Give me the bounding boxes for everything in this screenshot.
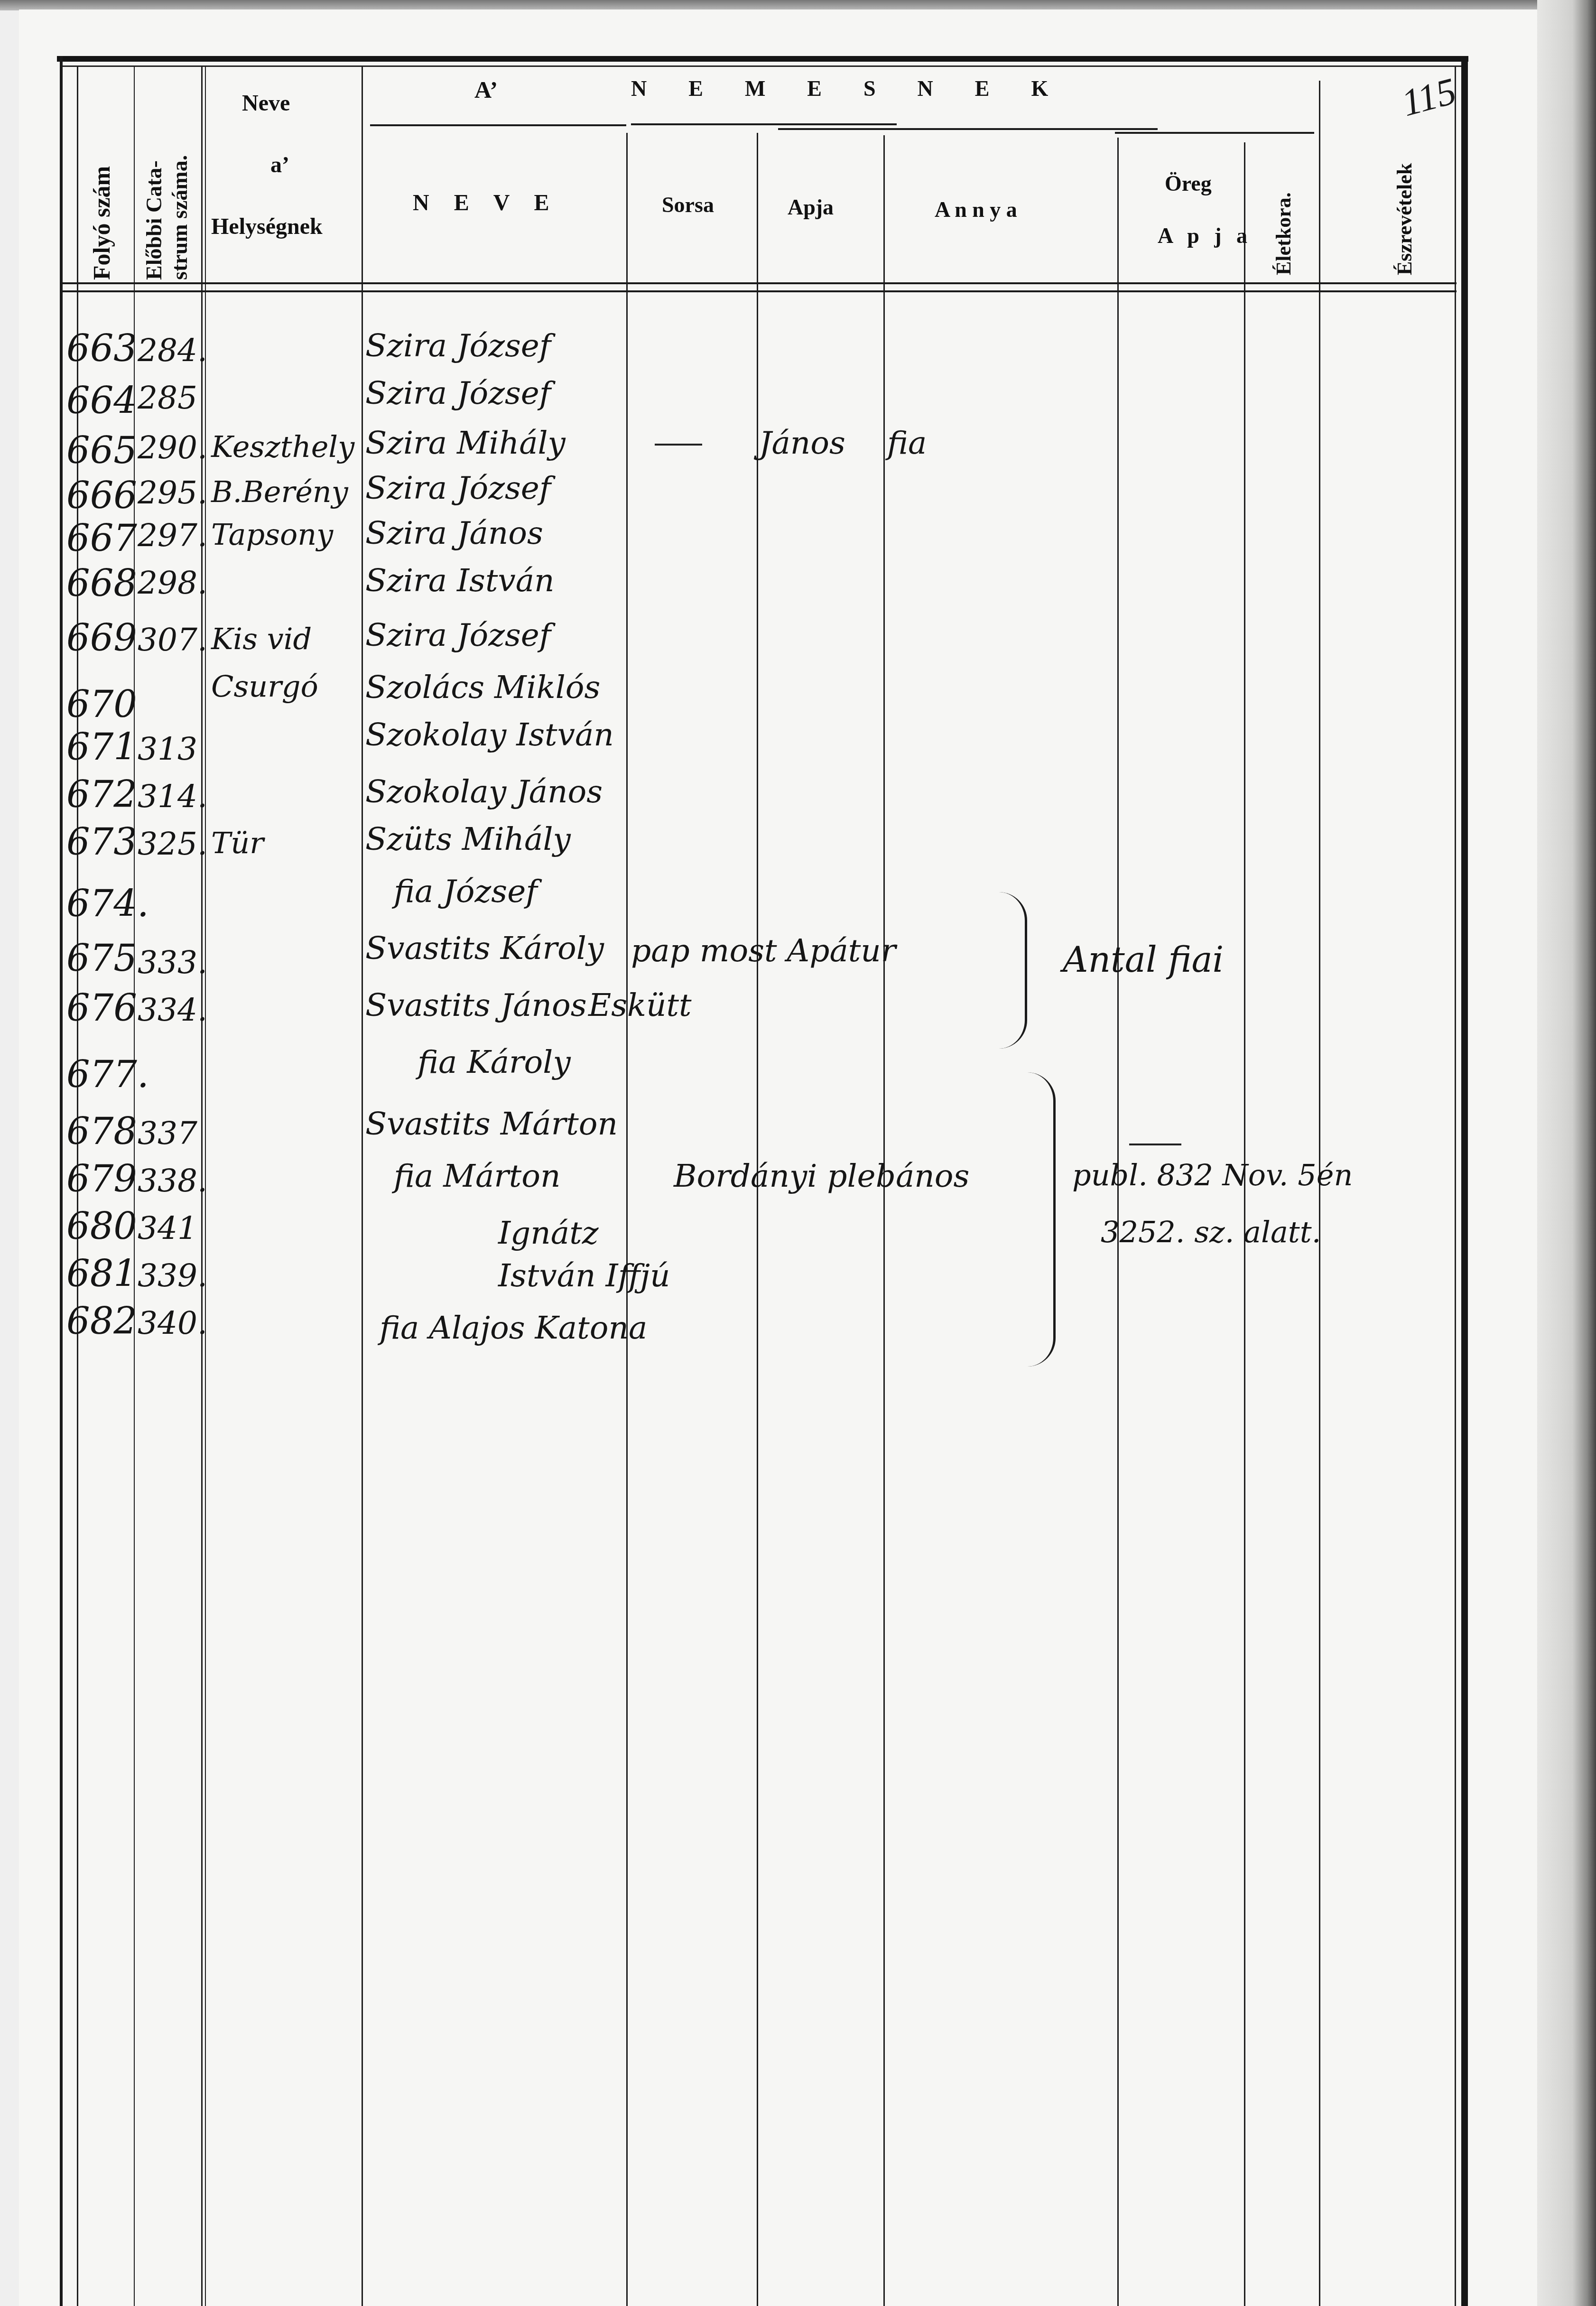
col-divider [362, 66, 363, 2306]
row-neve: Szira József [365, 470, 551, 506]
row-folyo: 663 [66, 327, 137, 370]
row-catastrum: 297. [138, 517, 207, 554]
table-left-border [60, 56, 63, 2306]
row-neve: István Iffjú [498, 1257, 670, 1294]
col-divider [626, 133, 628, 2306]
row-neve: Szolács Miklós [365, 669, 600, 706]
header-elobbi-catastrum-1: Előbbi Cata- [141, 160, 167, 280]
table-top-border [57, 56, 1468, 62]
row-folyo: 671 [66, 726, 137, 769]
header-sorsa: Sorsa [662, 192, 714, 217]
row-neve: Ignátz [498, 1215, 598, 1251]
row-folyo: 666 [66, 474, 137, 517]
header-oreg-line1: Öreg [1165, 171, 1212, 196]
row-folyo: 681 [66, 1253, 137, 1295]
row-helyseg: Kis vid [211, 622, 312, 656]
row-catastrum: 337 [138, 1115, 197, 1152]
row-neve: Szira József [365, 617, 551, 653]
row-neve: Svastits Károly [365, 930, 604, 967]
row-catastrum: 298. [138, 565, 207, 601]
row-catastrum: 307. [138, 622, 207, 658]
row-folyo: 670 [66, 683, 137, 726]
row-folyo: 678 [66, 1110, 137, 1153]
row-folyo: 677. [66, 1053, 149, 1096]
annotation-publication-line1: publ. 832 Nov. 5én [1072, 1158, 1353, 1192]
row-folyo: 667 [66, 517, 137, 560]
header-bottom-rule [62, 282, 1457, 284]
group-rule-4 [1115, 132, 1314, 134]
row-helyseg: Csurgó [211, 669, 318, 704]
row-neve: Szüts Mihály [365, 821, 571, 857]
row-sorsa: pap most Apátur [631, 932, 896, 969]
row-neve: Szira Mihály [365, 425, 566, 461]
header-helyseg-line2: a’ [270, 152, 289, 178]
col-divider [883, 135, 885, 2306]
row-folyo: 674. [66, 883, 149, 925]
header-elobbi-catastrum-2: strum száma. [167, 155, 192, 280]
row-helyseg: Tür [211, 826, 264, 860]
header-apja: Apja [788, 195, 834, 220]
table-right-border [1461, 56, 1468, 2306]
row-helyseg: Tapsony [211, 517, 333, 552]
header-neve: N E V E [413, 190, 559, 216]
row-folyo: 664 [66, 380, 137, 422]
row-catastrum: 313 [138, 731, 197, 767]
group-rule-1 [370, 124, 626, 126]
group-rule-3 [778, 128, 1158, 130]
row-neve: fia József [394, 873, 538, 910]
group-rule-2 [631, 123, 897, 125]
annotation-publication-line2: 3252. sz. alatt. [1101, 1215, 1321, 1249]
row-folyo: 682 [66, 1300, 137, 1343]
row-neve: Svastits János [365, 987, 587, 1023]
row-folyo: 669 [66, 617, 137, 660]
row-neve: fia Alajos Katona [380, 1310, 647, 1346]
row-annya: fia [887, 425, 927, 461]
bracket-675-676 [996, 892, 1027, 1049]
scan-top-edge [0, 0, 1596, 10]
row-catastrum: 295. [138, 474, 207, 511]
row-catastrum: 339. [138, 1257, 207, 1294]
row-catastrum: 314. [138, 778, 207, 815]
row-neve: Szira János [365, 515, 543, 551]
col-divider [757, 133, 758, 2306]
book-spine-edge [1537, 0, 1596, 2306]
row-sorsa: Bordányi plebános [674, 1158, 969, 1194]
header-bottom-rule-2 [62, 290, 1457, 292]
row-helyseg: B.Berény [211, 474, 348, 509]
row-neve: Szokolay János [365, 773, 603, 810]
row-helyseg: Keszthely [211, 429, 354, 464]
row-catastrum: 325. [138, 826, 207, 862]
header-helyseg-line3: Helységnek [211, 214, 323, 240]
row-folyo: 672 [66, 773, 137, 816]
col-divider [1319, 81, 1320, 2306]
header-helyseg-line1: Neve [242, 90, 290, 116]
row-folyo: 675 [66, 937, 137, 980]
row-neve: Svastits Márton [365, 1106, 618, 1142]
row-neve: fia Károly [418, 1044, 571, 1080]
row-apja: János [759, 425, 845, 461]
row-folyo: 680 [66, 1205, 137, 1248]
header-group-prefix: A’ [474, 76, 498, 103]
header-folyo-szam: Folyó szám [88, 166, 115, 280]
row-neve: Szokolay István [365, 716, 614, 753]
row-neve: Szira József [365, 327, 551, 364]
row-665-sorsa-dash [655, 444, 702, 446]
row-neve: fia Márton [394, 1158, 561, 1194]
header-group-title: NEMESNEK [631, 76, 1090, 101]
header-oreg-line2: A p j a [1158, 223, 1252, 248]
row-sorsa: Eskütt [588, 987, 692, 1023]
row-folyo: 676 [66, 987, 137, 1030]
row-catastrum: 340. [138, 1305, 207, 1341]
table-top-border-inner [62, 65, 1461, 67]
header-annya: A n n y a [935, 197, 1017, 222]
row-folyo: 673 [66, 821, 137, 864]
row-folyo: 665 [66, 429, 137, 472]
row-catastrum: 284. [138, 332, 207, 369]
table-right-border-inner [1455, 66, 1456, 2306]
annotation-overline [1129, 1144, 1181, 1145]
row-catastrum: 290. [138, 429, 207, 466]
row-neve: Szira József [365, 375, 551, 411]
annotation-antal-fiai: Antal fiai [1063, 939, 1224, 980]
row-folyo: 679 [66, 1158, 137, 1200]
row-folyo: 668 [66, 562, 137, 605]
row-catastrum: 285 [138, 380, 197, 416]
row-catastrum: 341 [138, 1210, 197, 1246]
row-neve: Szira István [365, 562, 555, 599]
header-eszrevetelek: Észrevételek [1392, 163, 1417, 275]
row-catastrum: 338. [138, 1162, 207, 1199]
row-catastrum: 333. [138, 944, 207, 981]
bracket-678-682 [1025, 1072, 1056, 1367]
header-eletkora: Életkora. [1271, 192, 1296, 275]
row-catastrum: 334. [138, 992, 207, 1028]
